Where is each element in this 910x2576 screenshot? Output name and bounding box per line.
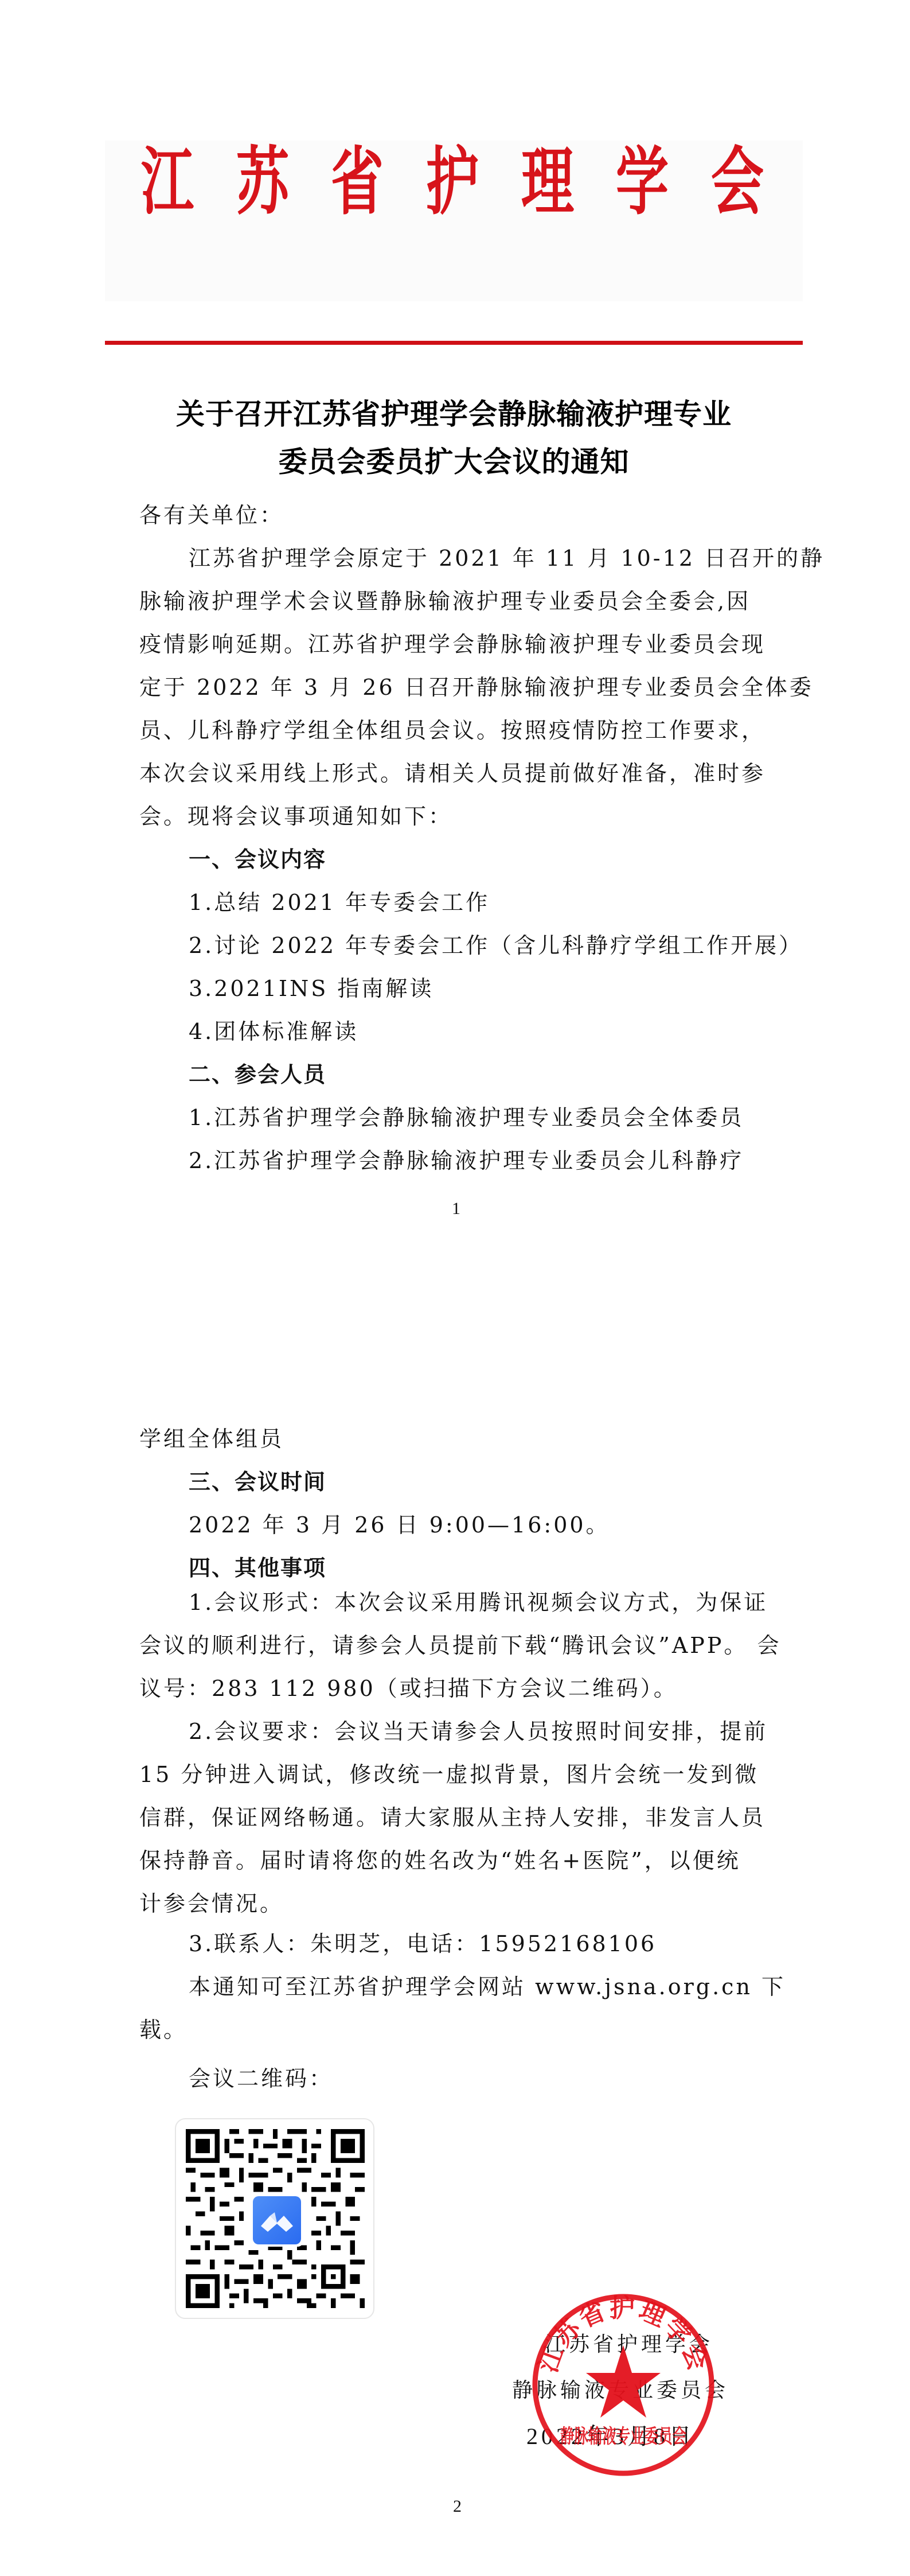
other-matters-line: 15 分钟进入调试，修改统一虚拟背景，图片会统一发到微 (139, 1760, 804, 1789)
other-matters-line: 会议的顺利进行，请参会人员提前下载“腾讯会议”APP。 会 (139, 1631, 804, 1660)
download-notice: 本通知可至江苏省护理学会网站 www.jsna.org.cn 下 (189, 1972, 854, 2001)
intro-line: 疫情影响延期。江苏省护理学会静脉输液护理专业委员会现 (139, 630, 804, 659)
letterhead-char: 护 (426, 137, 479, 228)
other-matters-line: 保持静音。届时请将您的姓名改为“姓名+医院”，以便统 (139, 1846, 804, 1875)
tencent-meeting-logo-icon (251, 2194, 303, 2247)
section-heading-meeting-time: 三、会议时间 (189, 1468, 854, 1496)
intro-line: 脉输液护理学术会议暨静脉输液护理专业委员会全委会,因 (139, 587, 804, 616)
meeting-time-text: 2022 年 3 月 26 日 9:00—16:00。 (189, 1511, 854, 1539)
intro-line: 员、儿科静疗学组全体组员会议。按照疫情防控工作要求， (139, 716, 804, 745)
intro-line: 会。现将会议事项通知如下： (139, 802, 804, 831)
intro-line: 定于 2022 年 3 月 26 日召开静脉输液护理专业委员会全体委 (139, 673, 804, 702)
attendee-item: 1.江苏省护理学会静脉输液护理专业委员会全体委员 (189, 1103, 854, 1132)
letterhead-org-name: 江 苏 省 护 理 学 会 (105, 137, 803, 228)
letterhead-char: 会 (711, 137, 764, 228)
other-matters-line: 议号：283 112 980（或扫描下方会议二维码）。 (139, 1674, 804, 1703)
section-heading-meeting-content: 一、会议内容 (189, 845, 854, 874)
other-matters-line: 1.会议形式：本次会议采用腾讯视频会议方式，为保证 (189, 1588, 854, 1617)
letterhead-char: 学 (616, 137, 669, 228)
document-title-line-1: 关于召开江苏省护理学会静脉输液护理专业 (105, 397, 803, 431)
letterhead-char: 理 (521, 137, 574, 228)
download-notice-continuation: 载。 (139, 2015, 804, 2044)
letterhead-char: 江 (141, 137, 194, 228)
attendee-item-continuation: 学组全体组员 (139, 1425, 804, 1453)
other-matters-line: 信群，保证网络畅通。请大家服从主持人安排，非发言人员 (139, 1803, 804, 1832)
intro-line: 江苏省护理学会原定于 2021 年 11 月 10-12 日召开的静 (189, 544, 854, 573)
letterhead-red-divider (105, 341, 803, 345)
other-matters-line: 2.会议要求：会议当天请参会人员按照时间安排，提前 (189, 1717, 854, 1746)
salutation: 各有关单位： (139, 501, 804, 530)
qr-code-label: 会议二维码： (189, 2064, 854, 2093)
seal-bottom-text: 静脉输液专业委员会 (560, 2425, 686, 2448)
seal-star-icon (586, 2345, 661, 2418)
letterhead-char: 省 (331, 137, 384, 228)
meeting-qr-code[interactable] (175, 2118, 374, 2319)
other-matters-line: 计参会情况。 (139, 1889, 804, 1918)
letterhead-char: 苏 (236, 137, 289, 228)
meeting-content-item: 1.总结 2021 年专委会工作 (189, 888, 854, 917)
section-heading-other-matters: 四、其他事项 (189, 1554, 854, 1582)
meeting-content-item: 4.团体标准解读 (189, 1017, 854, 1046)
document-title-line-2: 委员会委员扩大会议的通知 (105, 445, 803, 479)
meeting-content-item: 3.2021INS 指南解读 (189, 974, 854, 1003)
page-number: 1 (452, 1199, 460, 1219)
contact-person: 3.联系人：朱明芝，电话：15952168106 (189, 1929, 854, 1958)
official-seal-stamp: 江苏省护理学会 静脉输液专业委员会 (531, 2293, 716, 2477)
page-number: 2 (453, 2497, 462, 2516)
attendee-item: 2.江苏省护理学会静脉输液护理专业委员会儿科静疗 (189, 1146, 854, 1175)
meeting-content-item: 2.讨论 2022 年专委会工作（含儿科静疗学组工作开展） (189, 931, 854, 960)
section-heading-attendees: 二、参会人员 (189, 1060, 854, 1089)
tencent-meeting-glyph-icon (253, 2196, 301, 2244)
intro-line: 本次会议采用线上形式。请相关人员提前做好准备，准时参 (139, 759, 804, 788)
